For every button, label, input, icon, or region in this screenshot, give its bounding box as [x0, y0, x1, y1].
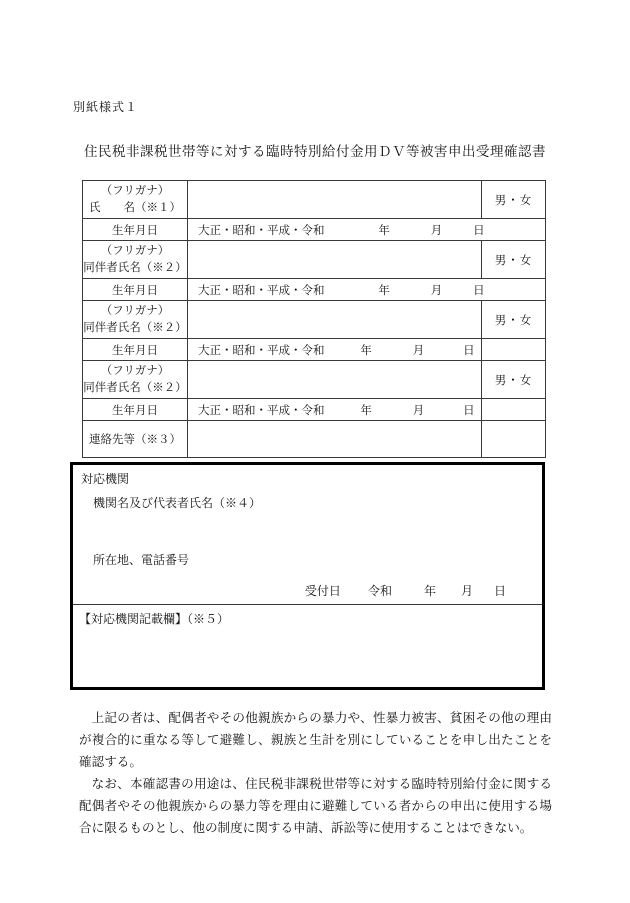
name-label-cell: （フリガナ） 同伴者氏名（※２） [83, 301, 188, 339]
day-unit: 日 [463, 402, 475, 418]
day-unit: 日 [473, 222, 485, 238]
birthdate-label: 生年月日 [83, 399, 188, 421]
agency-record-label: 【対応機関記載欄】（※５） [79, 610, 229, 627]
agency-address-label: 所在地、電話番号 [93, 551, 189, 568]
year-unit: 年 [360, 342, 372, 358]
year-unit: 年 [424, 584, 436, 598]
name-input-cell[interactable] [188, 241, 482, 279]
gender-options[interactable]: 男・女 [482, 241, 546, 279]
month-unit: 月 [461, 584, 473, 598]
section-divider [73, 604, 542, 605]
name-label-cell: （フリガナ） 氏 名（※１） [83, 181, 188, 219]
contact-input-cell[interactable] [188, 421, 482, 458]
month-unit: 月 [413, 342, 425, 358]
name-label: 同伴者氏名（※２） [83, 380, 187, 397]
birthdate-label: 生年月日 [83, 219, 188, 241]
table-row: 生年月日 大正・昭和・平成・令和 年 月 日 [83, 339, 546, 361]
agency-section-label: 対応機関 [81, 470, 129, 487]
day-unit: 日 [463, 342, 475, 358]
furigana-label: （フリガナ） [83, 303, 187, 320]
era-options[interactable]: 大正・昭和・平成・令和 [198, 405, 325, 417]
table-row: （フリガナ） 同伴者氏名（※２） 男・女 [83, 361, 546, 399]
month-unit: 月 [413, 402, 425, 418]
year-unit: 年 [378, 222, 390, 238]
note-paragraph: 上記の者は、配偶者やその他親族からの暴力や、性暴力被害、貧困その他の理由が複合的… [79, 707, 552, 773]
page-title: 住民税非課税世帯等に対する臨時特別給付金用ＤＶ等被害申出受理確認書 [0, 140, 630, 160]
agency-box: 対応機関 機関名及び代表者氏名（※４） 所在地、電話番号 受付日 令和 年 月 … [70, 462, 545, 690]
furigana-label: （フリガナ） [83, 363, 187, 380]
birthdate-input-cell[interactable]: 大正・昭和・平成・令和 年 月 日 [188, 219, 546, 241]
gender-options[interactable]: 男・女 [482, 181, 546, 219]
table-row: 生年月日 大正・昭和・平成・令和 年 月 日 [83, 399, 546, 421]
birthdate-input-cell[interactable]: 大正・昭和・平成・令和 年 月 日 [188, 399, 482, 421]
birthdate-input-cell[interactable]: 大正・昭和・平成・令和 年 月 日 [188, 279, 546, 301]
table-row: 生年月日 大正・昭和・平成・令和 年 月 日 [83, 279, 546, 301]
name-input-cell[interactable] [188, 181, 482, 219]
month-unit: 月 [431, 282, 443, 298]
table-row: （フリガナ） 同伴者氏名（※２） 男・女 [83, 241, 546, 279]
name-label: 同伴者氏名（※２） [83, 260, 187, 277]
note-paragraph: なお、本確認書の用途は、住民税非課税世帯等に対する臨時特別給付金に関する配偶者や… [79, 773, 552, 839]
form-label: 別紙様式１ [73, 98, 138, 115]
era-options[interactable]: 大正・昭和・平成・令和 [198, 225, 325, 237]
table-row: （フリガナ） 同伴者氏名（※２） 男・女 [83, 301, 546, 339]
table-row: 生年月日 大正・昭和・平成・令和 年 月 日 [83, 219, 546, 241]
birthdate-input-cell[interactable]: 大正・昭和・平成・令和 年 月 日 [188, 339, 482, 361]
reception-era: 令和 [368, 584, 392, 598]
table-row: 連絡先等（※３） [83, 421, 546, 458]
month-unit: 月 [431, 222, 443, 238]
name-label: 同伴者氏名（※２） [83, 320, 187, 337]
gender-options[interactable]: 男・女 [482, 361, 546, 399]
empty-cell [482, 421, 546, 458]
name-label-cell: （フリガナ） 同伴者氏名（※２） [83, 361, 188, 399]
era-options[interactable]: 大正・昭和・平成・令和 [198, 345, 325, 357]
birthdate-label: 生年月日 [83, 279, 188, 301]
reception-label: 受付日 [305, 584, 341, 598]
gender-options[interactable]: 男・女 [482, 301, 546, 339]
day-unit: 日 [494, 584, 506, 598]
applicant-table: （フリガナ） 氏 名（※１） 男・女 生年月日 大正・昭和・平成・令和 年 月 … [82, 180, 546, 458]
empty-cell [482, 399, 546, 421]
agency-name-label: 機関名及び代表者氏名（※４） [93, 494, 261, 511]
name-input-cell[interactable] [188, 361, 482, 399]
day-unit: 日 [473, 282, 485, 298]
closing-notes: 上記の者は、配偶者やその他親族からの暴力や、性暴力被害、貧困その他の理由が複合的… [79, 707, 552, 839]
year-unit: 年 [378, 282, 390, 298]
contact-label: 連絡先等（※３） [83, 421, 188, 458]
year-unit: 年 [360, 402, 372, 418]
birthdate-label: 生年月日 [83, 339, 188, 361]
document-page: 別紙様式１ 住民税非課税世帯等に対する臨時特別給付金用ＤＶ等被害申出受理確認書 … [0, 0, 630, 903]
name-input-cell[interactable] [188, 301, 482, 339]
empty-cell [482, 339, 546, 361]
table-row: （フリガナ） 氏 名（※１） 男・女 [83, 181, 546, 219]
reception-date-line[interactable]: 受付日 令和 年 月 日 [305, 582, 506, 599]
furigana-label: （フリガナ） [83, 243, 187, 260]
name-label: 氏 名（※１） [83, 200, 187, 217]
name-label-cell: （フリガナ） 同伴者氏名（※２） [83, 241, 188, 279]
era-options[interactable]: 大正・昭和・平成・令和 [198, 285, 325, 297]
furigana-label: （フリガナ） [83, 183, 187, 200]
